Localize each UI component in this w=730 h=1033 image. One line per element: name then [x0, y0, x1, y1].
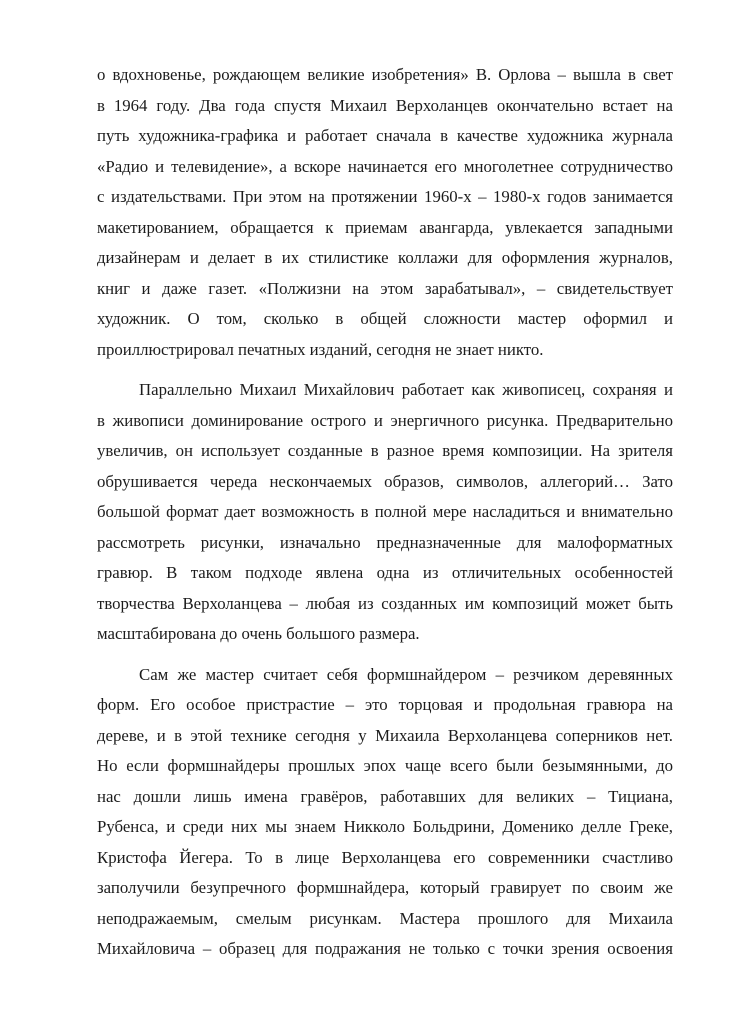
document-page: о вдохновенье, рождающем великие изобрет…	[0, 0, 730, 1033]
text-line: заполучили безупречного формшнайдера, ко…	[97, 873, 673, 904]
text-line: Но если формшнайдеры прошлых эпох чаще в…	[97, 751, 673, 782]
paragraph: о вдохновенье, рождающем великие изобрет…	[97, 60, 673, 365]
text-line: «Радио и телевидение», а вскоре начинает…	[97, 152, 673, 183]
text-line: масштабирована до очень большого размера…	[97, 619, 673, 650]
text-line: неподражаемым, смелым рисункам. Мастера …	[97, 904, 673, 935]
text-line: макетированием, обращается к приемам ава…	[97, 213, 673, 244]
paragraph: Параллельно Михаил Михайлович работает к…	[97, 375, 673, 650]
text-line: дереве, и в этой технике сегодня у Михаи…	[97, 721, 673, 752]
paragraph: Сам же мастер считает себя формшнайдером…	[97, 660, 673, 965]
text-line: Рубенса, и среди них мы знаем Никколо Бо…	[97, 812, 673, 843]
text-line: Михайловича – образец для подражания не …	[97, 934, 673, 965]
text-line: форм. Его особое пристрастие – это торцо…	[97, 690, 673, 721]
text-line: обрушивается череда нескончаемых образов…	[97, 467, 673, 498]
text-line: Кристофа Йегера. То в лице Верхоланцева …	[97, 843, 673, 874]
text-line: нас дошли лишь имена гравёров, работавши…	[97, 782, 673, 813]
text-line: проиллюстрировал печатных изданий, сегод…	[97, 335, 673, 366]
text-line: творчества Верхоланцева – любая из созда…	[97, 589, 673, 620]
text-line: книг и даже газет. «Полжизни на этом зар…	[97, 274, 673, 305]
text-line: художник. О том, сколько в общей сложнос…	[97, 304, 673, 335]
text-line: в живописи доминирование острого и энерг…	[97, 406, 673, 437]
text-line: Параллельно Михаил Михайлович работает к…	[97, 375, 673, 406]
text-line: дизайнерам и делает в их стилистике колл…	[97, 243, 673, 274]
text-line: Сам же мастер считает себя формшнайдером…	[97, 660, 673, 691]
text-line: с издательствами. При этом на протяжении…	[97, 182, 673, 213]
document-text-block: о вдохновенье, рождающем великие изобрет…	[97, 60, 673, 975]
text-line: о вдохновенье, рождающем великие изобрет…	[97, 60, 673, 91]
text-line: в 1964 году. Два года спустя Михаил Верх…	[97, 91, 673, 122]
text-line: рассмотреть рисунки, изначально предназн…	[97, 528, 673, 559]
text-line: увеличив, он использует созданные в разн…	[97, 436, 673, 467]
text-line: путь художника-графика и работает сначал…	[97, 121, 673, 152]
text-line: гравюр. В таком подходе явлена одна из о…	[97, 558, 673, 589]
text-line: большой формат дает возможность в полной…	[97, 497, 673, 528]
